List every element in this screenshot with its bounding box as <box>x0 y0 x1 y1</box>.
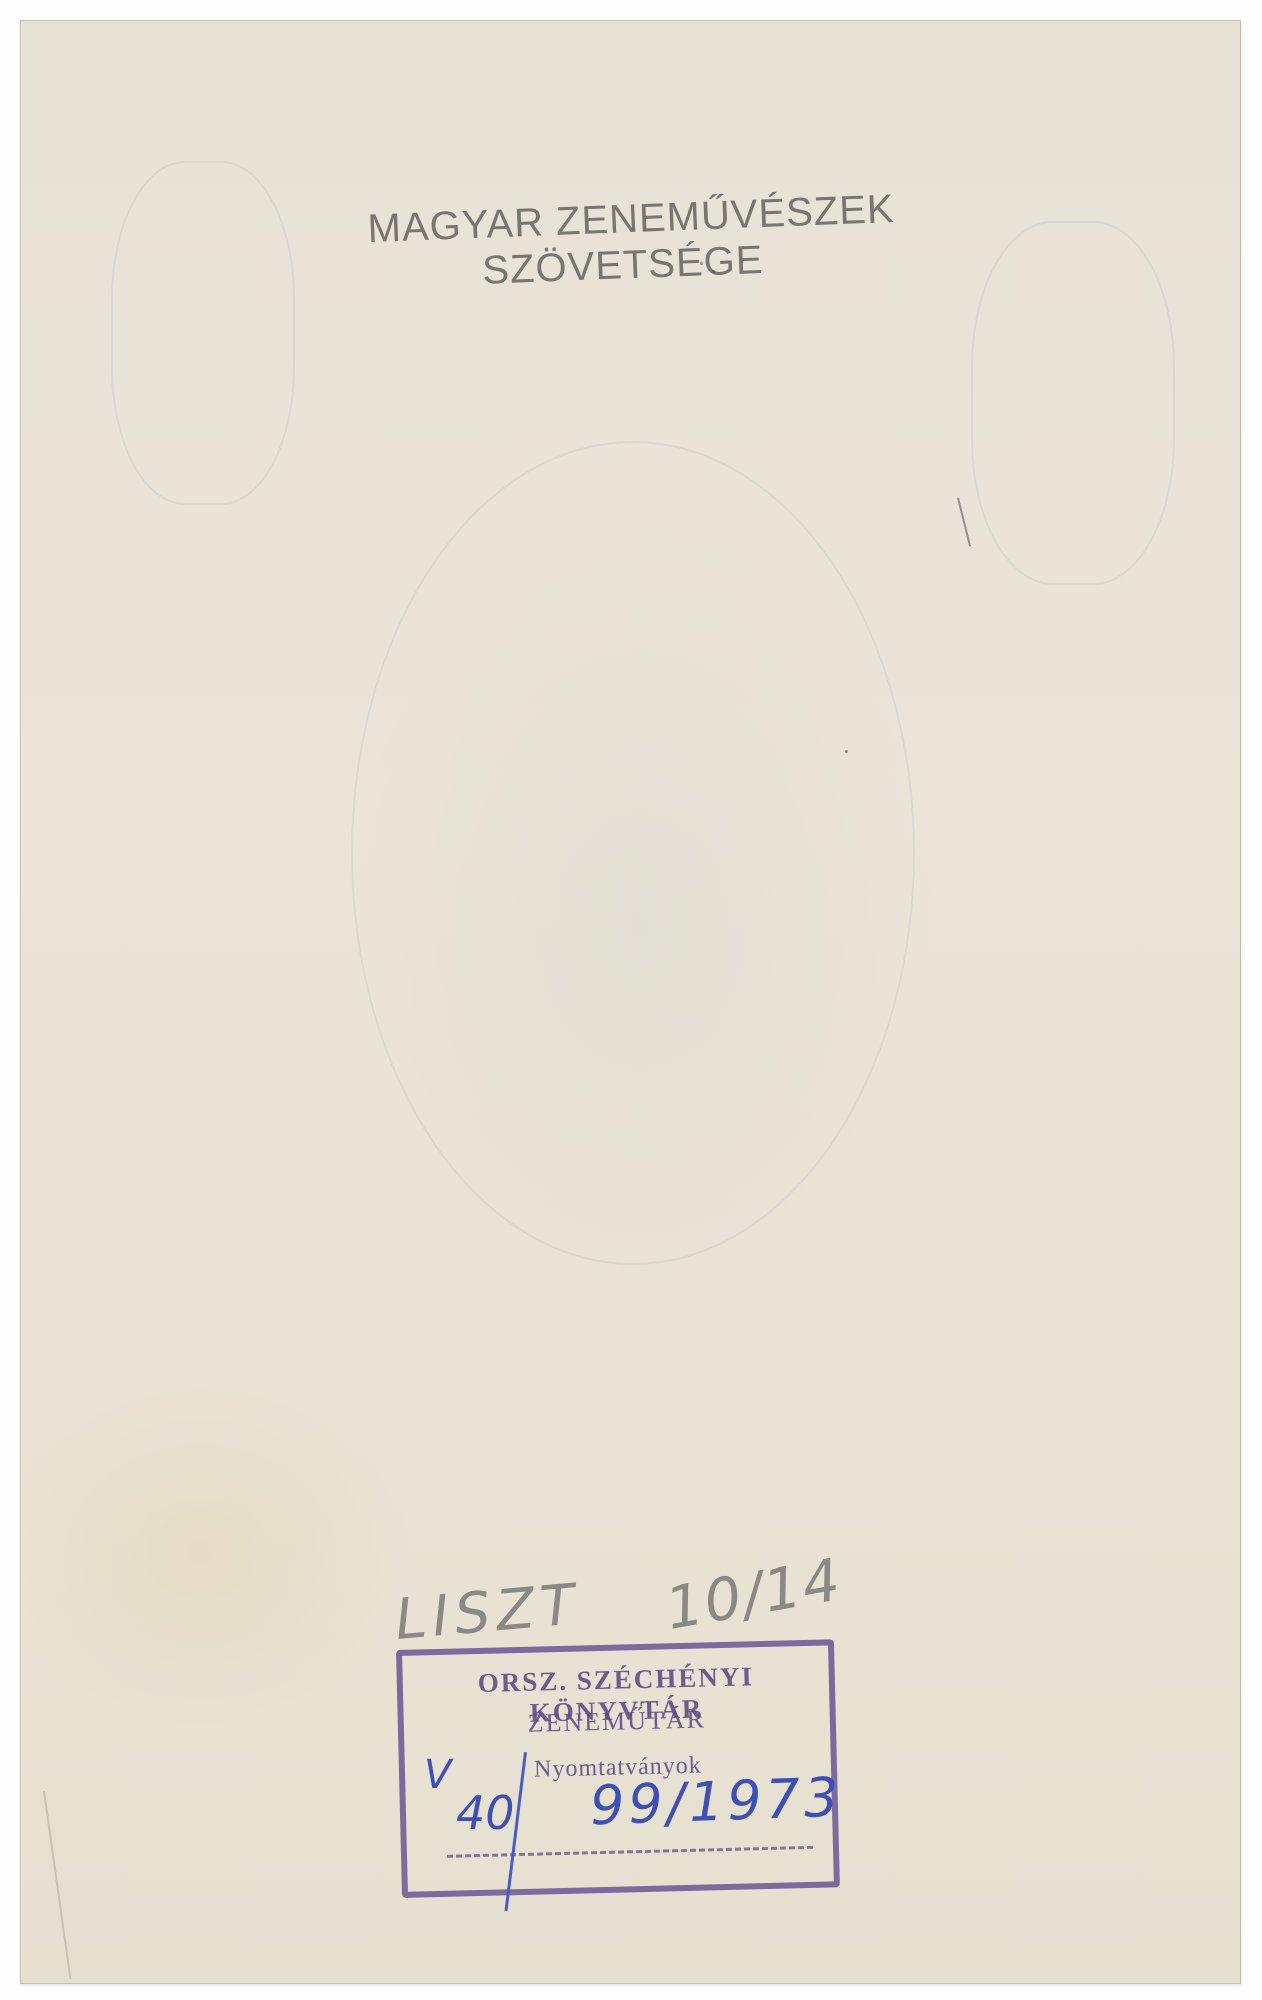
ink-speck <box>700 262 703 265</box>
ink-speck <box>845 750 848 753</box>
shelfmark-number: 99/1973 <box>589 1766 843 1838</box>
faded-handwriting-show-through-left <box>111 161 295 505</box>
paper-crease <box>43 1791 71 1979</box>
shelfmark-prefix: V <box>424 1752 451 1798</box>
ink-speck <box>712 270 715 273</box>
library-stamp-dashed-line <box>447 1846 813 1858</box>
faded-portrait-show-through <box>351 441 915 1265</box>
faded-handwriting-show-through-right <box>971 221 1175 585</box>
shelfmark-series: 40 <box>456 1786 515 1840</box>
